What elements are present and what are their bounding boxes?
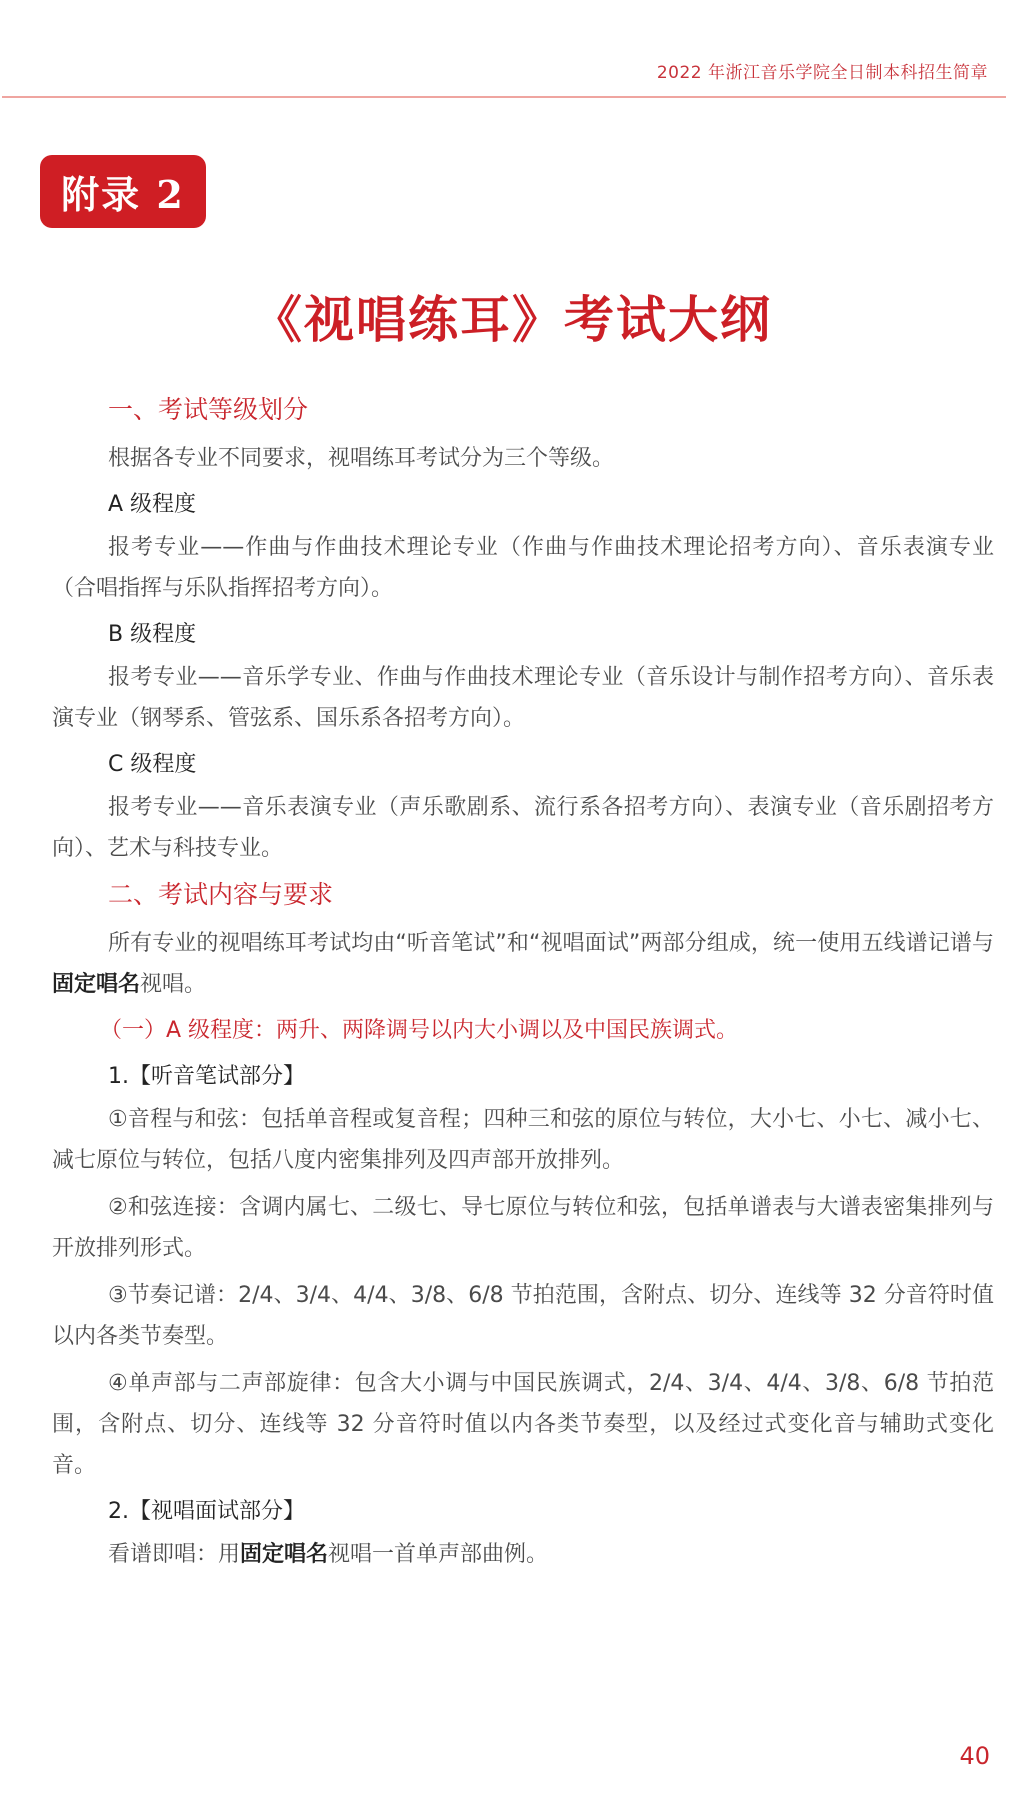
part2-text-end: 视唱一首单声部曲例。: [328, 1542, 548, 1567]
intro-emphasis: 固定唱名: [52, 972, 140, 997]
running-header: 2022 年浙江音乐学院全日制本科招生简章: [657, 58, 988, 83]
level-b-label: B 级程度: [108, 615, 994, 655]
document-body: 一、考试等级划分 根据各专业不同要求，视唱练耳考试分为三个等级。 A 级程度 报…: [52, 390, 994, 1581]
subsection-heading-a: （一）A 级程度：两升、两降调号以内大小调以及中国民族调式。: [100, 1011, 994, 1051]
page-number: 40: [959, 1742, 990, 1770]
header-divider: [2, 96, 1006, 98]
part1-item-2: ②和弦连接：含调内属七、二级七、导七原位与转位和弦，包括单谱表与大谱表密集排列与…: [52, 1187, 994, 1269]
appendix-badge: 附录 2: [40, 155, 206, 228]
part1-item-4: ④单声部与二声部旋律：包含大小调与中国民族调式，2/4、3/4、4/4、3/8、…: [52, 1363, 994, 1486]
level-a-text: 报考专业——作曲与作曲技术理论专业（作曲与作曲技术理论招考方向）、音乐表演专业（…: [52, 527, 994, 609]
section-intro: 根据各专业不同要求，视唱练耳考试分为三个等级。: [52, 438, 994, 479]
part1-label: 1.【听音笔试部分】: [108, 1057, 994, 1097]
part2-text: 看谱即唱：用固定唱名视唱一首单声部曲例。: [52, 1534, 994, 1575]
intro-text: 所有专业的视唱练耳考试均由“听音笔试”和“视唱面试”两部分组成，统一使用五线谱记…: [108, 931, 994, 956]
level-b-text: 报考专业——音乐学专业、作曲与作曲技术理论专业（音乐设计与制作招考方向）、音乐表…: [52, 657, 994, 739]
part2-text-start: 看谱即唱：用: [108, 1542, 240, 1567]
part2-emphasis: 固定唱名: [240, 1542, 328, 1567]
level-c-label: C 级程度: [108, 745, 994, 785]
section-heading-levels: 一、考试等级划分: [108, 390, 994, 430]
level-c-text: 报考专业——音乐表演专业（声乐歌剧系、流行系各招考方向）、表演专业（音乐剧招考方…: [52, 787, 994, 869]
part1-item-3: ③节奏记谱：2/4、3/4、4/4、3/8、6/8 节拍范围，含附点、切分、连线…: [52, 1275, 994, 1357]
page-title: 《视唱练耳》考试大纲: [0, 280, 1024, 352]
content-intro: 所有专业的视唱练耳考试均由“听音笔试”和“视唱面试”两部分组成，统一使用五线谱记…: [52, 923, 994, 1005]
level-a-label: A 级程度: [108, 485, 994, 525]
part1-item-1: ①音程与和弦：包括单音程或复音程；四种三和弦的原位与转位，大小七、小七、减小七、…: [52, 1099, 994, 1181]
section-heading-content: 二、考试内容与要求: [108, 875, 994, 915]
part2-label: 2.【视唱面试部分】: [108, 1492, 994, 1532]
intro-text-end: 视唱。: [140, 972, 206, 997]
